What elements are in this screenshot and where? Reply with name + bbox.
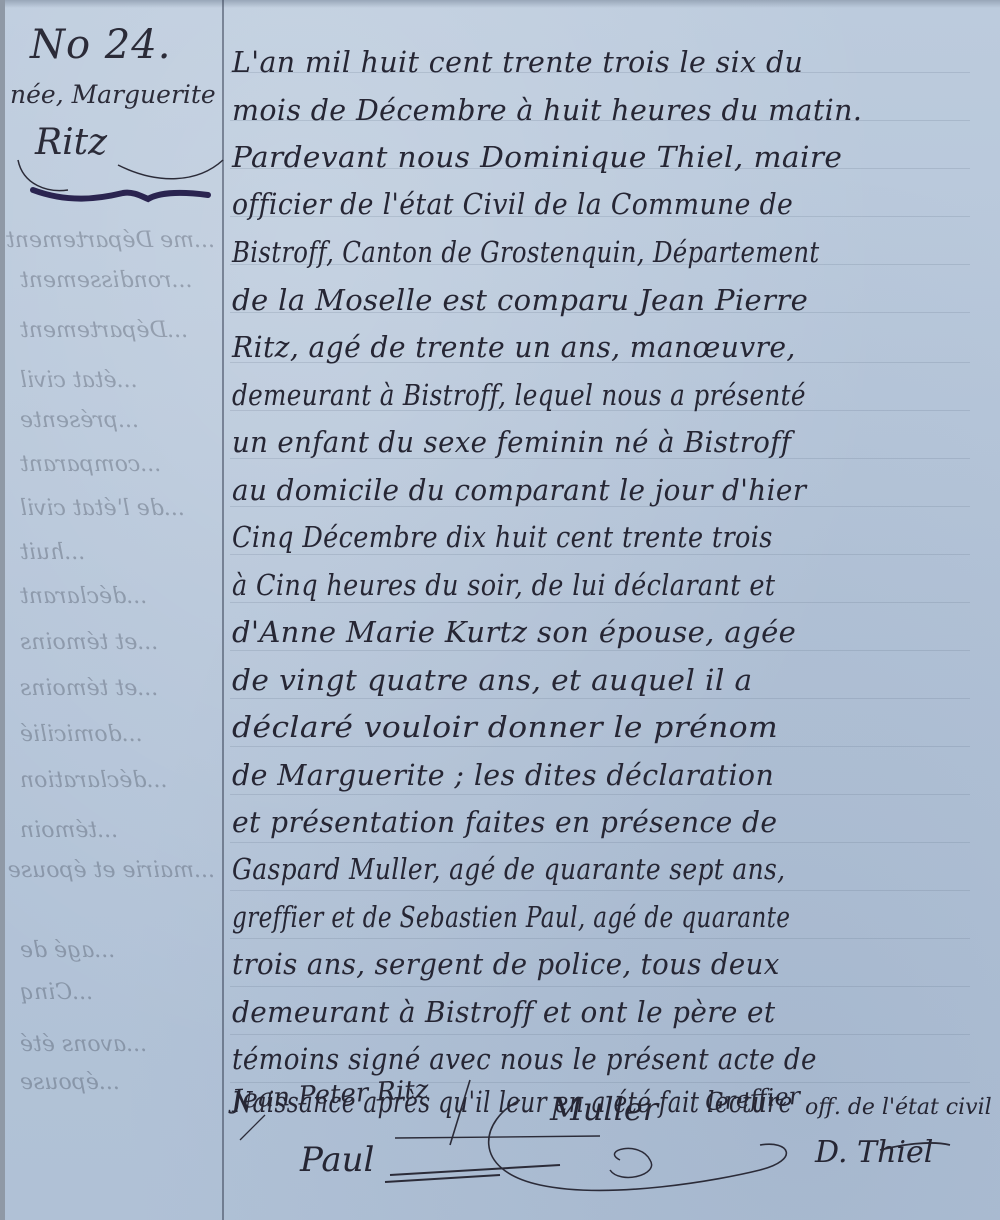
page-top-edge — [0, 0, 1000, 8]
body-line: de Marguerite ; les dites déclaration — [232, 758, 774, 792]
witness-paul-signature: Paul — [300, 1140, 374, 1180]
body-line: greffier et de Sebastien Paul, agé de qu… — [232, 900, 790, 934]
body-line: mois de Décembre à huit heures du matin. — [232, 93, 862, 127]
mayor-signature: D. Thiel — [815, 1135, 933, 1170]
officer-title: off. de l'état civil — [805, 1095, 992, 1120]
body-line: déclaré vouloir donner le prénom — [232, 710, 778, 744]
body-line: Ritz, agé de trente un ans, manœuvre, — [232, 330, 796, 364]
witness-muller-signature: Muller — [550, 1090, 658, 1128]
body-line: demeurant à Bistroff, lequel nous a prés… — [232, 378, 806, 412]
margin-flourish-icon — [8, 155, 228, 215]
body-line: au domicile du comparant le jour d'hier — [232, 473, 806, 507]
body-line: trois ans, sergent de police, tous deux — [232, 947, 780, 981]
body-line: un enfant du sexe feminin né à Bistroff — [232, 425, 791, 459]
body-line: Pardevant nous Dominique Thiel, maire — [232, 140, 842, 174]
body-line: témoins signé avec nous le présent acte … — [232, 1042, 817, 1076]
body-line: d'Anne Marie Kurtz son épouse, agée — [232, 615, 796, 649]
body-line: Cinq Décembre dix huit cent trente trois — [232, 520, 773, 554]
margin-given-name: née, Marguerite — [10, 80, 216, 109]
body-line: officier de l'état Civil de la Commune d… — [232, 187, 793, 221]
body-line: Bistroff, Canton de Grostenquin, Départe… — [232, 235, 820, 269]
page-left-edge — [0, 0, 5, 1220]
body-line: demeurant à Bistroff et ont le père et — [232, 995, 775, 1029]
entry-number: No 24. — [30, 22, 171, 68]
body-line: de vingt quatre ans, et auquel il a — [232, 663, 753, 697]
body-line: à Cinq heures du soir, de lui déclarant … — [232, 568, 775, 602]
body-line: et présentation faites en présence de — [232, 805, 777, 839]
body-line: Gaspard Muller, agé de quarante sept ans… — [232, 852, 785, 886]
body-line: L'an mil huit cent trente trois le six d… — [232, 45, 803, 79]
body-line: de la Moselle est comparu Jean Pierre — [232, 283, 808, 317]
